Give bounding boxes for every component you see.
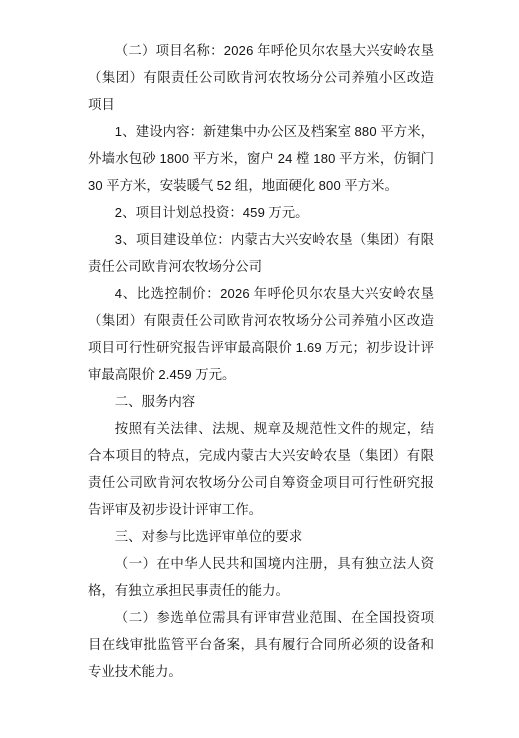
number-text: 4 [115,286,122,301]
number-text: 2026 [224,43,254,58]
number-text: 800 [319,178,341,193]
number-text: 459 [243,205,265,220]
number-text: 1.69 [296,340,322,355]
number-text: 24 [278,151,293,166]
number-text: 2026 [220,286,250,301]
paragraph: 3、项目建设单位：内蒙古大兴安岭农垦（集团）有限责任公司欧肯河农牧场分公司 [88,226,434,280]
document-text-block: （二）项目名称：2026 年呼伦贝尔农垦大兴安岭农垦（集团）有限责任公司欧肯河农… [88,37,434,685]
number-text: 1 [115,124,122,139]
paragraph: （二）参选单位需具有评审营业范围、在全国投资项目在线审批监管平台备案，具有履行合… [88,604,434,685]
number-text: 880 [355,124,377,139]
paragraph: 二、服务内容 [88,388,434,415]
number-text: 1800 [159,151,189,166]
number-text: 2.459 [158,367,192,382]
number-text: 52 [217,178,232,193]
number-text: 3 [115,232,122,247]
document-page: （二）项目名称：2026 年呼伦贝尔农垦大兴安岭农垦（集团）有限责任公司欧肯河农… [0,0,519,738]
paragraph: 2、项目计划总投资：459 万元。 [88,199,434,226]
paragraph: 1、建设内容：新建集中办公区及档案室 880 平方米，外墙水包砂 1800 平方… [88,118,434,199]
paragraph: 三、对参与比选评审单位的要求 [88,523,434,550]
number-text: 180 [313,151,335,166]
number-text: 2 [115,205,122,220]
paragraph: 4、比选控制价：2026 年呼伦贝尔农垦大兴安岭农垦（集团）有限责任公司欧肯河农… [88,280,434,388]
paragraph: （一）在中华人民共和国境内注册，具有独立法人资格，有独立承担民事责任的能力。 [88,550,434,604]
paragraph: （二）项目名称：2026 年呼伦贝尔农垦大兴安岭农垦（集团）有限责任公司欧肯河农… [88,37,434,118]
number-text: 30 [88,178,103,193]
paragraph: 按照有关法律、法规、规章及规范性文件的规定，结合本项目的特点，完成内蒙古大兴安岭… [88,415,434,523]
